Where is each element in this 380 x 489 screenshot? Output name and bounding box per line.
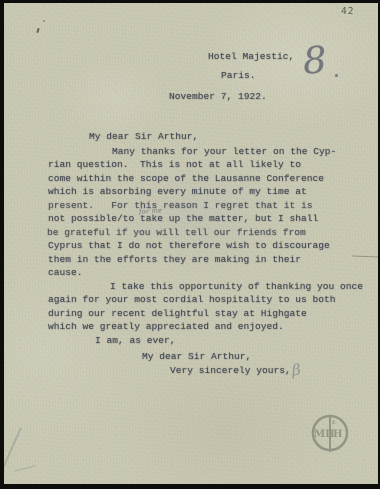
body-line: cause. [48,268,83,278]
scratch-mark [352,256,379,258]
closing-line: My dear Sir Arthur, [142,352,251,362]
body-line: which is absorbing every minute of my ti… [48,187,307,197]
body-line: I take this opportunity of thanking you … [110,282,363,292]
body-line: present. For this reason I regret that i… [48,201,313,211]
salutation: My dear Sir Arthur, [89,132,198,142]
body-line: which we greatly appreciated and enjoyed… [48,322,284,332]
archive-page-number: 42 [341,6,354,17]
scan-border-bottom [0,484,380,489]
letter-page: 42 8 Hotel Majestic, Paris. November 7, … [0,0,380,489]
closing-line: Very sincerely yours, [170,366,291,376]
stamp-monogram-top: ε [332,419,336,426]
letterhead-hotel: Hotel Majestic, [208,52,294,62]
body-line: Cyprus that I do not therefore wish to d… [48,241,330,251]
ink-speck [43,20,45,22]
body-line: during our recent delightful stay at Hig… [48,309,307,319]
letterhead-city: Paris. [221,71,256,81]
pencil-folio-number: 8 [302,43,328,79]
stamp-monogram-right: Η [333,429,342,440]
ink-speck [36,28,39,33]
body-line: rian question. This is not at all likely… [48,160,301,170]
scan-border-top [0,0,380,3]
body-line: Many thanks for your letter on the Cyp- [112,147,336,157]
scan-border-left [0,0,4,489]
archive-stamp-icon: ΜΠ Η ε [306,410,354,458]
body-line: come within the scope of the Lausanne Co… [48,174,324,184]
body-line: them in the efforts they are making in t… [48,255,301,265]
signature-initial: β [291,361,302,380]
stamp-monogram-left: ΜΠ [314,429,335,440]
pencil-insertion: for me [139,206,163,216]
pencil-dot [335,74,338,77]
scanned-letter-screenshot: { "scan": { "archive_page_number": "42",… [0,0,380,489]
letter-date: November 7, 1922. [169,92,267,102]
closing-line: I am, as ever, [95,336,176,346]
body-line: not possible/to take up the matter, but … [48,214,318,224]
body-line: be grateful if you will tell our friends… [47,228,306,238]
pencil-scratch [14,465,36,471]
body-line: again for your most cordial hospitality … [48,295,336,305]
